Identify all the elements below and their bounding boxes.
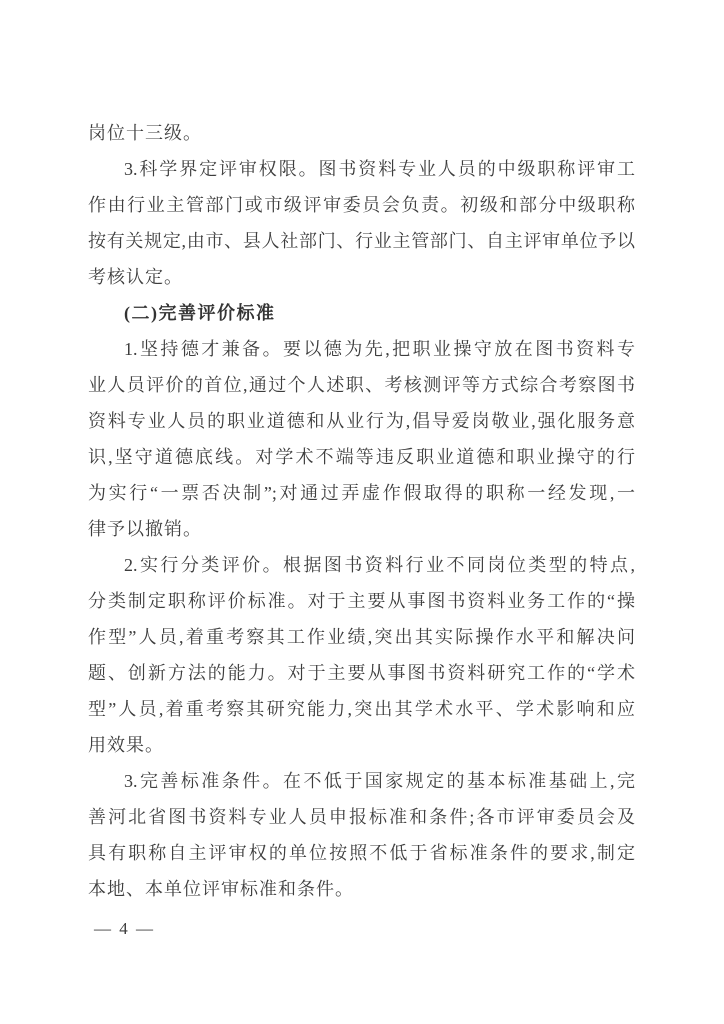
text-line: 3.完善标准条件。在不低于国家规定的基本标准基础上,完 [88, 763, 635, 799]
text-line: 本地、本单位评审标准和条件。 [88, 871, 635, 907]
text-line: 用效果。 [88, 727, 635, 763]
text-line: 具有职称自主评审权的单位按照不低于省标准条件的要求,制定 [88, 835, 635, 871]
text-line: 作型”人员,着重考察其工作业绩,突出其实际操作水平和解决问 [88, 619, 635, 655]
text-line: 3.科学界定评审权限。图书资料专业人员的中级职称评审工 [88, 151, 635, 187]
text-line: 分类制定职称评价标准。对于主要从事图书资料业务工作的“操 [88, 583, 635, 619]
text-line: 考核认定。 [88, 259, 635, 295]
document-text-block: 岗位十三级。 3.科学界定评审权限。图书资料专业人员的中级职称评审工 作由行业主… [88, 115, 635, 907]
page-background: 岗位十三级。 3.科学界定评审权限。图书资料专业人员的中级职称评审工 作由行业主… [0, 0, 724, 1024]
text-line: 识,坚守道德底线。对学术不端等违反职业道德和职业操守的行 [88, 439, 635, 475]
document-page: { "meta": { "ink_color": "#3d3d3d", "pap… [0, 0, 724, 1024]
text-line: 型”人员,着重考察其研究能力,突出其学术水平、学术影响和应 [88, 691, 635, 727]
text-line: 1.坚持德才兼备。要以德为先,把职业操守放在图书资料专 [88, 331, 635, 367]
text-line: 题、创新方法的能力。对于主要从事图书资料研究工作的“学术 [88, 655, 635, 691]
text-line: 业人员评价的首位,通过个人述职、考核测评等方式综合考察图书 [88, 367, 635, 403]
text-line: 为实行“一票否决制”;对通过弄虚作假取得的职称一经发现,一 [88, 475, 635, 511]
text-line: 律予以撤销。 [88, 511, 635, 547]
page-number: — 4 — [94, 912, 155, 946]
text-line: 岗位十三级。 [88, 115, 635, 151]
text-line: 作由行业主管部门或市级评审委员会负责。初级和部分中级职称 [88, 187, 635, 223]
subsection-heading: (二)完善评价标准 [88, 295, 635, 331]
text-line: 资料专业人员的职业道德和从业行为,倡导爱岗敬业,强化服务意 [88, 403, 635, 439]
text-line: 按有关规定,由市、县人社部门、行业主管部门、自主评审单位予以 [88, 223, 635, 259]
text-line: 2.实行分类评价。根据图书资料行业不同岗位类型的特点, [88, 547, 635, 583]
text-line: 善河北省图书资料专业人员申报标准和条件;各市评审委员会及 [88, 799, 635, 835]
